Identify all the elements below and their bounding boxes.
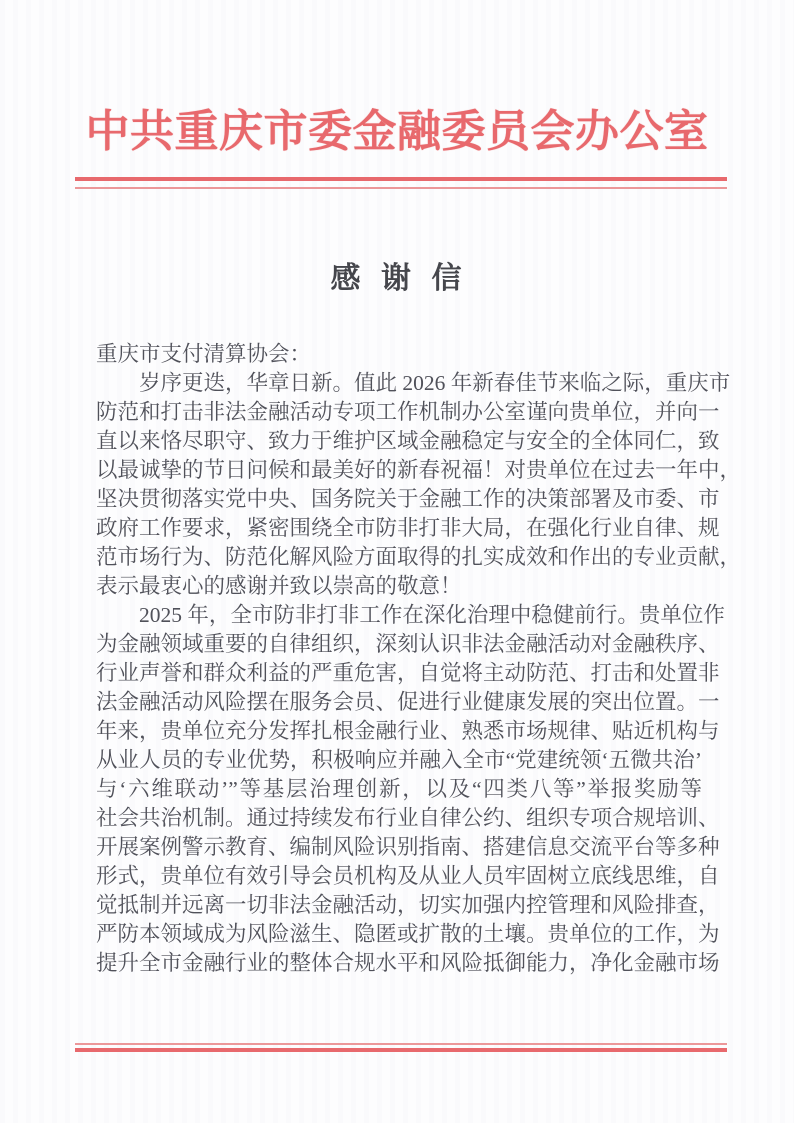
- rule-thick-bar: [75, 177, 727, 181]
- letterhead-org-name: 中共重庆市委金融委员会办公室: [0, 101, 794, 163]
- rule-thin-bar: [75, 1043, 727, 1045]
- letter-salutation: 重庆市支付清算协会：: [96, 340, 702, 369]
- letter-line: 2025 年，全市防非打非工作在深化治理中稳健前行。贵单位作: [96, 601, 702, 630]
- letter-line: 提升全市金融行业的整体合规水平和风险抵御能力，净化金融市场: [96, 949, 702, 978]
- letter-line: 坚决贯彻落实党中央、国务院关于金融工作的决策部署及市委、市: [96, 485, 702, 514]
- letter-title: 感 谢 信: [0, 261, 794, 297]
- letter-line: 社会共治机制。通过持续发布行业自律公约、组织专项合规培训、: [96, 804, 702, 833]
- letter-line: 防范和打击非法金融活动专项工作机制办公室谨向贵单位，并向一: [96, 398, 702, 427]
- letter-line: 以最诚挚的节日问候和最美好的新春祝福！对贵单位在过去一年中，: [96, 456, 702, 485]
- letter-line: 直以来恪尽职守、致力于维护区域金融稳定与安全的全体同仁，致: [96, 427, 702, 456]
- letter-line: 政府工作要求，紧密围绕全市防非打非大局，在强化行业自律、规: [96, 514, 702, 543]
- letter-body: 重庆市支付清算协会： 岁序更迭，华章日新。值此 2026 年新春佳节来临之际，重…: [96, 340, 702, 978]
- letter-line: 岁序更迭，华章日新。值此 2026 年新春佳节来临之际，重庆市: [96, 369, 702, 398]
- letter-line: 法金融活动风险摆在服务会员、促进行业健康发展的突出位置。一: [96, 688, 702, 717]
- letter-line: 表示最衷心的感谢并致以崇高的敬意！: [96, 572, 702, 601]
- letter-line: 为金融领域重要的自律组织，深刻认识非法金融活动对金融秩序、: [96, 630, 702, 659]
- letterhead-double-rule: [75, 177, 727, 189]
- letter-line: 开展案例警示教育、编制风险识别指南、搭建信息交流平台等多种: [96, 833, 702, 862]
- letter-line: 与‘六维联动’”等基层治理创新，以及“四类八等”举报奖励等: [96, 775, 702, 804]
- letter-line: 从业人员的专业优势，积极响应并融入全市“党建统领‘五微共治’: [96, 746, 702, 775]
- letter-line: 范市场行为、防范化解风险方面取得的扎实成效和作出的专业贡献，: [96, 543, 702, 572]
- letter-line: 觉抵制并远离一切非法金融活动，切实加强内控管理和风险排查，: [96, 891, 702, 920]
- rule-thin-bar: [75, 187, 727, 189]
- footer-double-rule: [75, 1043, 727, 1052]
- letter-line: 行业声誉和群众利益的严重危害，自觉将主动防范、打击和处置非: [96, 659, 702, 688]
- letter-line: 严防本领域成为风险滋生、隐匿或扩散的土壤。贵单位的工作，为: [96, 920, 702, 949]
- scanned-letter-page: 中共重庆市委金融委员会办公室 感 谢 信 重庆市支付清算协会： 岁序更迭，华章日…: [0, 0, 794, 1123]
- letter-line: 年来，贵单位充分发挥扎根金融行业、熟悉市场规律、贴近机构与: [96, 717, 702, 746]
- rule-thick-bar: [75, 1048, 727, 1052]
- letter-line: 形式，贵单位有效引导会员机构及从业人员牢固树立底线思维，自: [96, 862, 702, 891]
